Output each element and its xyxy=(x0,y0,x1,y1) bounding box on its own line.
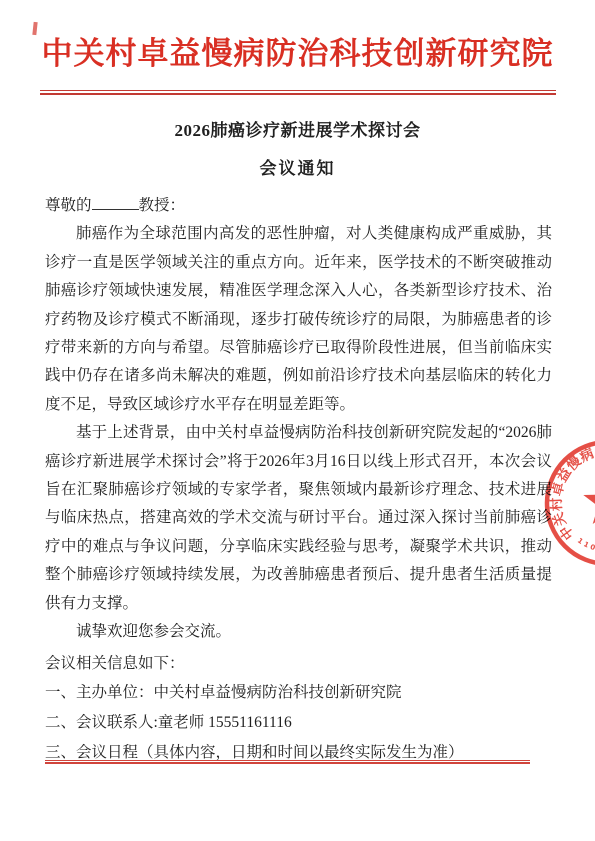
salutation-line: 尊敬的教授： xyxy=(45,192,552,220)
seal-serial-holder: 11000000 xyxy=(576,537,595,555)
letterhead-rule xyxy=(40,90,556,95)
paragraph-conference-intro: 基于上述背景，由中关村卓益慢病防治科技创新研究院发起的“2026肺癌诊疗新进展学… xyxy=(45,419,552,618)
info-item-contact: 二、会议联系人:童老师 15551161116 xyxy=(45,708,552,738)
official-seal: 中关村卓益慢病防治科技创新研究院 11000000 xyxy=(540,431,595,586)
info-heading: 会议相关信息如下： xyxy=(45,649,552,679)
paragraph-welcome: 诚挚欢迎您参会交流。 xyxy=(45,618,552,646)
salutation-suffix: 教授： xyxy=(139,197,186,214)
conference-title: 2026肺癌诊疗新进展学术探讨会 xyxy=(0,116,595,141)
footer-rule xyxy=(45,760,530,764)
seal-serial-number: 11000000 xyxy=(576,537,595,555)
notice-body: 尊敬的教授： 肺癌作为全球范围内高发的恶性肿瘤，对人类健康构成严重威胁，其诊疗一… xyxy=(45,192,552,768)
notice-page: { "colors": { "header_red": "#d92f23", "… xyxy=(0,0,595,841)
seal-star-icon xyxy=(583,477,595,524)
info-item-organizer: 一、主办单位：中关村卓益慢病防治科技创新研究院 xyxy=(45,678,552,708)
salutation-blank-field xyxy=(92,193,139,210)
salutation-prefix: 尊敬的 xyxy=(45,197,92,214)
notice-subtitle: 会议通知 xyxy=(0,154,595,179)
letterhead-institute-title: 中关村卓益慢病防治科技创新研究院 xyxy=(0,0,595,77)
paragraph-background: 肺癌作为全球范围内高发的恶性肿瘤，对人类健康构成严重威胁，其诊疗一直是医学领域关… xyxy=(45,220,552,419)
